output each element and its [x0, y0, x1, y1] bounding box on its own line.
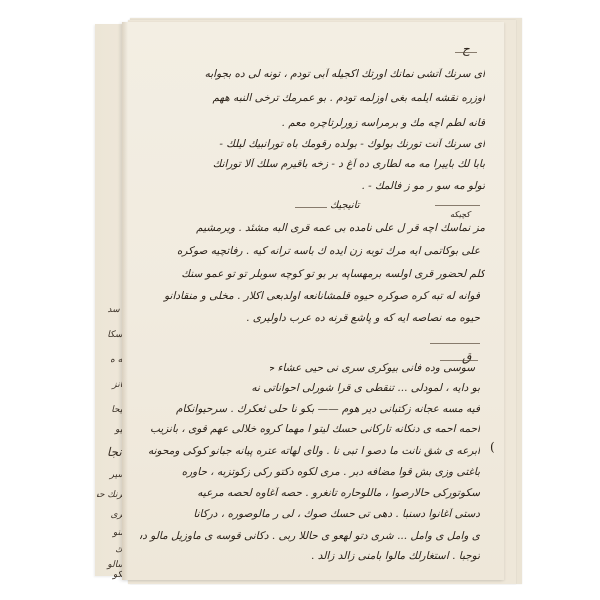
marker-underline [440, 360, 478, 361]
text-line: سكوتوركى حالارصوا ، ماللوحاره تانغرو . ح… [135, 487, 480, 499]
text-line: سوسى وده فانى بيوكرى سرى نى حيى عشاء حصل [270, 362, 475, 374]
text-line: احمه احمه ى دنكانه تاركانى حسك ليتو ا مه… [135, 423, 480, 435]
margin-note: كچيكه [450, 210, 470, 219]
underpage-fragment: به ه [97, 355, 125, 365]
text-line: كلم لحضور قرى اولسه برمهساپه بر بو تو كو… [140, 268, 485, 280]
underpage-fragment: ا سد [97, 305, 125, 315]
section-heading: تانيجيك [330, 200, 360, 211]
text-line: قانه لطم اچه مك و برمراسه زورلرتاچره معم… [280, 117, 485, 129]
text-line: ى وامل ى وامل ... شرى دتو لهعو ى حاللا ر… [140, 530, 480, 542]
underpage-fragment: انجا [97, 445, 125, 459]
text-line: توجبا . استغارلك مالوا بامنى زالد زالد . [180, 550, 480, 562]
marker-underline [455, 52, 477, 53]
text-line: تولو مه سو ر مو ز فالمك - . [360, 180, 485, 192]
text-line: فيه مسه عجانه زكتبانى دير هوم —— بكو نا … [140, 403, 480, 415]
underpage-fragment: بكو [97, 570, 125, 580]
text-line: اوزره نقشه ايلمه بغی اوزلمه تودم . بو عم… [145, 92, 485, 104]
underpage-fragment: نرنك حسل [97, 490, 125, 500]
underpage-fragment: ترى [97, 510, 125, 520]
heading-rule-right [435, 205, 480, 206]
text-line: بو دايه ، لمودلى ... تنقطى ى قرا شورلى ا… [155, 382, 480, 394]
underpage-fragment: بيحا [97, 405, 125, 415]
text-line: حيوه مه نصاصه ايه كه و پاشع قرنه ده عرب … [215, 312, 480, 324]
text-line: ای سرنك آنت تورنك بولوك - بولده رقومك با… [150, 138, 485, 150]
underpage-fragment: اك [97, 545, 125, 555]
text-line: على بوكاتمى ايه مرك توبه زن ايده ك باسه … [140, 245, 480, 257]
text-line: ای سرنك آتشی نمانك اورتك اكجيله آبی تودم… [135, 68, 485, 80]
heading-rule [295, 207, 327, 208]
page-fold-shadow [122, 22, 128, 580]
text-line: دستى آغانوا دسنبا . دهى تى حسك صوك ، لى … [135, 508, 480, 520]
underpage-fragment: سير [97, 470, 125, 480]
underpage-fragment: اسكا [97, 330, 125, 340]
text-line: قوانه له تبه كره صوكره حيوه قلمشانانعه ا… [135, 290, 480, 302]
text-line: بابا لك باييرا مه مه لطارى ده آغ د - زخه… [140, 158, 485, 170]
underpage-fragment: بانز [97, 380, 125, 390]
section-rule-top [430, 343, 480, 344]
margin-bracket: ( [490, 440, 495, 454]
text-line: ابرعه ى شق نانت ما دصو ا تبى نا . ولأى ل… [135, 445, 480, 457]
underpage-fragment: منو [97, 528, 125, 538]
text-line: مز نماسك اچه قر ل على نامده بى عمه قرى ا… [140, 222, 485, 234]
underpage-fragment: بيو [97, 425, 125, 435]
underpage-fragment: سالو [97, 560, 125, 570]
text-line: باغتى وزى بش قوا مضافه دبر . مرى لكوه دك… [135, 466, 480, 478]
page-marker: ح [462, 42, 470, 56]
